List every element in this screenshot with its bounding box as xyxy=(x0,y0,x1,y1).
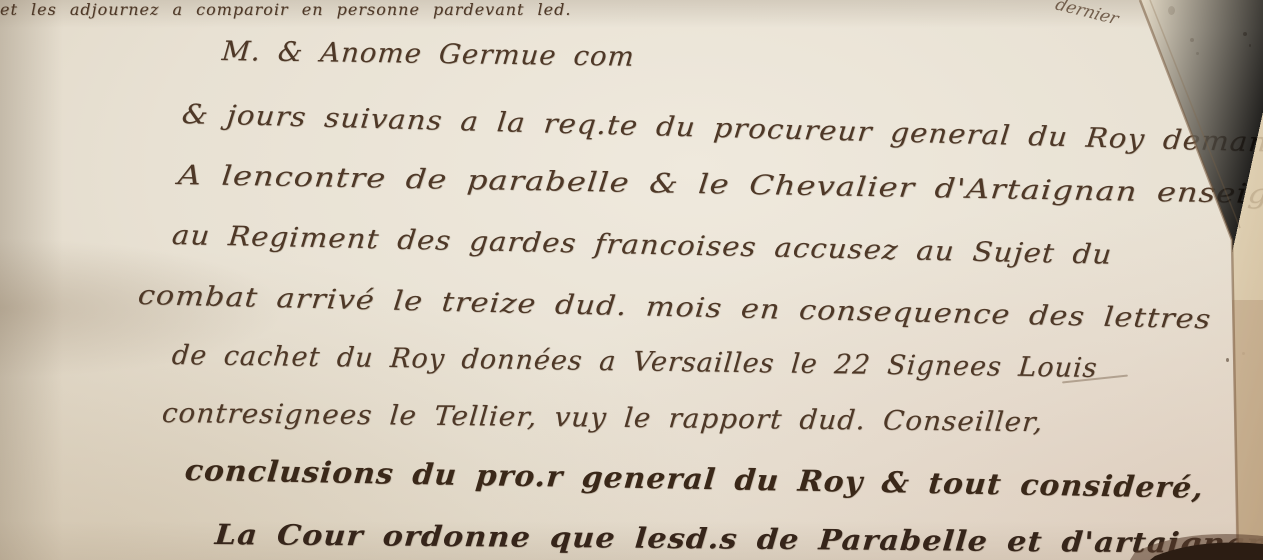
ink-speck xyxy=(1249,44,1251,47)
manuscript-line: et les adjournez a comparoir en personne… xyxy=(0,0,571,19)
ink-speck xyxy=(1196,52,1199,55)
ink-speck xyxy=(1243,32,1247,36)
ink-speck xyxy=(1190,38,1194,42)
manuscript-photo: M. & Anome Germue com & jours suivans a … xyxy=(0,0,1263,560)
manuscript-line: M. & Anome Germue com xyxy=(221,36,636,73)
ink-speck xyxy=(1168,6,1175,15)
ink-speck xyxy=(1226,358,1229,362)
ink-speck xyxy=(1242,352,1245,355)
